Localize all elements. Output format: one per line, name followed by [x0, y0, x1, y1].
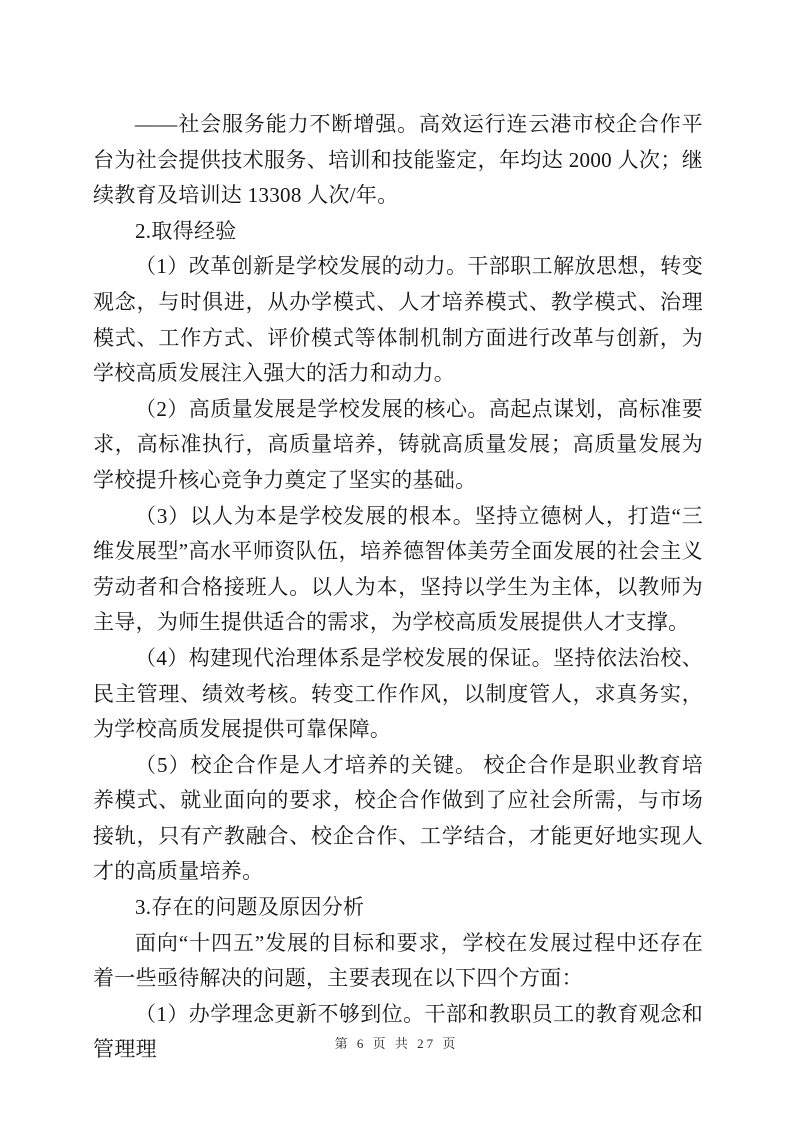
heading-3-problems: 3.存在的问题及原因分析: [93, 890, 703, 926]
para-item-3-people-oriented: （3）以人为本是学校发展的根本。坚持立德树人，打造“三维发展型”高水平师资队伍，…: [93, 499, 703, 641]
para-item-2-quality: （2）高质量发展是学校发展的核心。高起点谋划，高标准要求，高标准执行，高质量培养…: [93, 392, 703, 499]
para-problems-intro: 面向“十四五”发展的目标和要求，学校在发展过程中还存在着一些亟待解决的问题，主要…: [93, 926, 703, 997]
para-item-4-governance: （4）构建现代治理体系是学校发展的保证。坚持依法治校、民主管理、绩效考核。转变工…: [93, 641, 703, 748]
para-item-1-reform: （1）改革创新是学校发展的动力。干部职工解放思想，转变观念，与时俱进，从办学模式…: [93, 249, 703, 391]
document-page: ——社会服务能力不断增强。高效运行连云港市校企合作平台为社会提供技术服务、培训和…: [0, 0, 793, 1122]
page-number-footer: 第 6 页 共 27 页: [0, 1033, 793, 1052]
para-item-5-school-enterprise: （5）校企合作是人才培养的关键。 校企合作是职业教育培养模式、就业面向的要求，校…: [93, 748, 703, 890]
document-body: ——社会服务能力不断增强。高效运行连云港市校企合作平台为社会提供技术服务、培训和…: [93, 107, 703, 1068]
heading-2-experience: 2.取得经验: [93, 214, 703, 250]
para-social-service: ——社会服务能力不断增强。高效运行连云港市校企合作平台为社会提供技术服务、培训和…: [93, 107, 703, 214]
